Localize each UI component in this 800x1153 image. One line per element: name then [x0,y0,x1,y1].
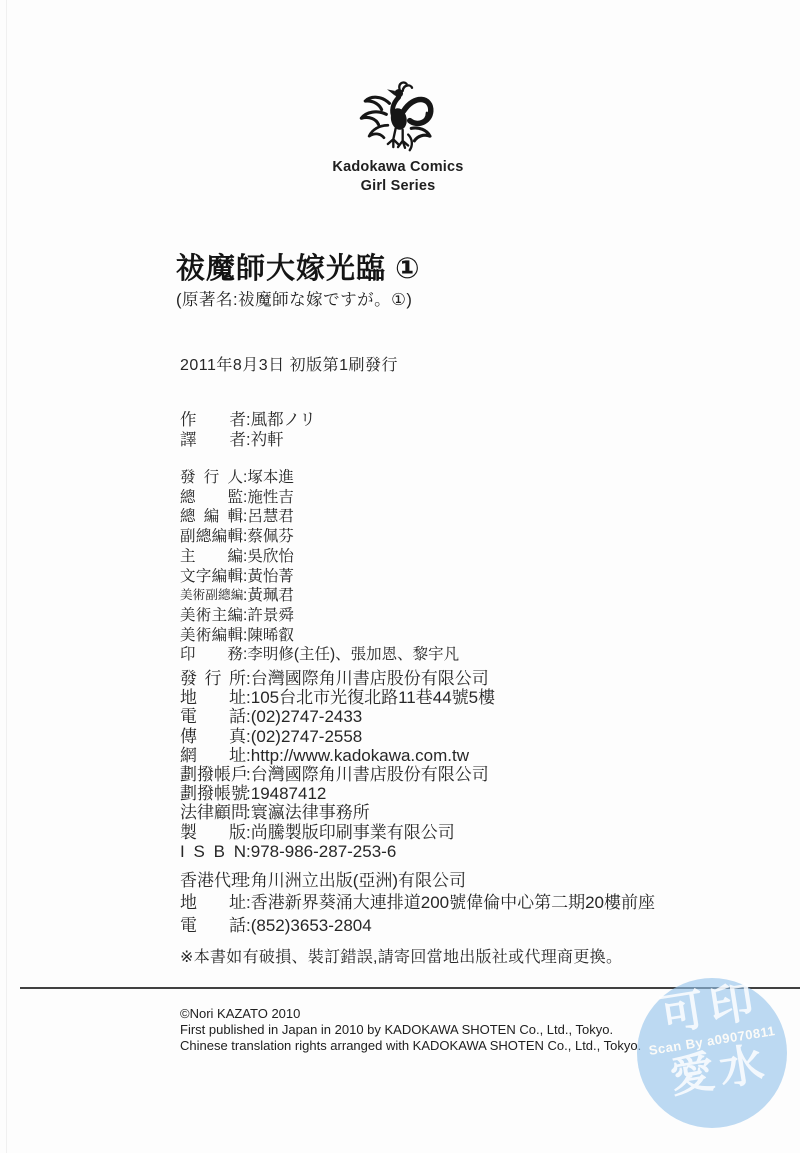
publisher-row: 法律顧問:寰瀛法律事務所 [180,803,495,822]
publisher-value: 105台北市光復北路11巷44號5樓 [251,688,495,707]
credit-role: 印 務 [180,645,243,665]
credit-role: 譯 者 [180,431,246,451]
publisher-row: 劃撥帳號:19487412 [180,784,495,803]
publisher-row: 地 址:105台北市光復北路11巷44號5樓 [180,688,495,707]
publisher-value: 寰瀛法律事務所 [251,803,370,822]
publisher-field: 發 行 所 [180,669,246,688]
publisher-value: (02)2747-2433 [251,707,363,726]
scan-edge-artifact [6,0,7,1153]
credit-row: 主 編:吳欣怡 [180,547,459,567]
publisher-value: 尚騰製版印刷事業有限公司 [251,823,455,842]
credit-name: 呂慧君 [247,508,294,525]
publisher-row: 製 版:尚騰製版印刷事業有限公司 [180,823,495,842]
colophon-page: Kadokawa ComicsGirl Series 祓魔師大嫁光臨 ① (原著… [0,0,800,1153]
credit-name: 風都ノリ [251,411,316,429]
hk-agent-value: (852)3653-2804 [251,916,372,935]
credit-name: 陳晞叡 [247,627,294,644]
hk-agent-row: 地 址:香港新界葵涌大連排道200號偉倫中心第二期20樓前座 [180,892,655,914]
publisher-row: 傳 真:(02)2747-2558 [180,727,495,746]
hk-agent-field: 香港代理 [180,870,246,892]
copyright-line: ©Nori KAZATO 2010 [180,1006,641,1022]
credit-role: 發 行 人 [180,468,243,488]
credit-row: 美術編輯:陳晞叡 [180,626,459,646]
publisher-value: 台灣國際角川書店股份有限公司 [251,669,489,688]
kadokawa-phoenix-icon [352,80,444,158]
credit-role: 文字編輯 [180,567,243,587]
credit-name: 許景舜 [247,607,294,624]
publisher-field: 電 話 [180,707,246,726]
credit-role: 美術主編 [180,606,243,626]
watermark-text: 可印 Scan By a09070811 愛水 [629,975,794,1106]
credit-name: 黃珮君 [247,587,294,604]
publisher-field: 傳 真 [180,727,246,746]
publisher-row: 劃撥帳戶:台灣國際角川書店股份有限公司 [180,765,495,784]
series-label: Kadokawa ComicsGirl Series [298,158,498,195]
credit-role: 副總編輯 [180,527,243,547]
copyright-line: Chinese translation rights arranged with… [180,1038,641,1054]
credit-name: 李明修(主任)、張加恩、黎宇凡 [247,646,459,663]
staff-block: 發 行 人:塚本進 總 監:施性吉 總 編 輯:呂慧君 副總編輯:蔡佩芬 主 編… [180,468,459,665]
credit-name: 蔡佩芬 [247,528,294,545]
credit-row: 文字編輯:黃怡菁 [180,567,459,587]
edition-date: 2011年8月3日 初版第1刷發行 [180,352,398,375]
book-title: 祓魔師大嫁光臨 ① [176,246,421,287]
publisher-field: 地 址 [180,688,246,707]
hk-agent-block: 香港代理:角川洲立出版(亞洲)有限公司 地 址:香港新界葵涌大連排道200號偉倫… [180,870,655,937]
credit-name: 吳欣怡 [247,548,294,565]
publisher-field: 製 版 [180,823,246,842]
credit-role: 美術編輯 [180,626,243,646]
publisher-value: http://www.kadokawa.com.tw [251,746,469,765]
publisher-row: 網 址:http://www.kadokawa.com.tw [180,746,495,765]
credit-row: 作 者:風都ノリ [180,411,316,431]
publisher-value: 978-986-287-253-6 [251,842,397,861]
hk-agent-value: 角川洲立出版(亞洲)有限公司 [251,871,466,890]
credit-name: 施性吉 [247,489,294,506]
credit-role: 主 編 [180,547,243,567]
series-label-line: Girl Series [298,177,498,196]
series-label-line: Kadokawa Comics [298,158,498,177]
credit-role: 總 監 [180,488,243,508]
credit-name: 礿軒 [251,431,284,449]
publisher-field: 網 址 [180,746,246,765]
credit-row: 副總編輯:蔡佩芬 [180,527,459,547]
credit-name: 黃怡菁 [247,568,294,585]
credit-row: 美術副總編:黃珮君 [180,586,459,606]
damage-notice: ※本書如有破損、裝訂錯誤,請寄回當地出版社或代理商更換。 [180,944,622,967]
credit-row: 總 編 輯:呂慧君 [180,507,459,527]
credit-role: 作 者 [180,411,246,431]
hk-agent-field: 電 話 [180,915,246,937]
hk-agent-row: 香港代理:角川洲立出版(亞洲)有限公司 [180,870,655,892]
original-title: (原著名:祓魔師な嫁ですが。①) [176,286,412,310]
copyright-line: First published in Japan in 2010 by KADO… [180,1022,641,1038]
publisher-field: 法律顧問 [180,803,246,822]
credit-row: 美術主編:許景舜 [180,606,459,626]
credit-name: 塚本進 [247,469,294,486]
publisher-row: 電 話:(02)2747-2433 [180,707,495,726]
publisher-field: I S B N [180,842,246,861]
credit-role: 美術副總編 [180,586,243,606]
publisher-value: 台灣國際角川書店股份有限公司 [251,765,489,784]
credit-role: 總 編 輯 [180,507,243,527]
hk-agent-row: 電 話:(852)3653-2804 [180,915,655,937]
hk-agent-field: 地 址 [180,892,246,914]
publisher-field: 劃撥帳號 [180,784,246,803]
watermark-circle: 可印 Scan By a09070811 愛水 [637,978,787,1128]
copyright-block: ©Nori KAZATO 2010First published in Japa… [180,1006,641,1053]
publisher-value: (02)2747-2558 [251,727,363,746]
credit-row: 印 務:李明修(主任)、張加恩、黎宇凡 [180,645,459,665]
credit-row: 譯 者:礿軒 [180,431,316,451]
credit-row: 總 監:施性吉 [180,488,459,508]
credit-row: 發 行 人:塚本進 [180,468,459,488]
publisher-block: 發 行 所:台灣國際角川書店股份有限公司 地 址:105台北市光復北路11巷44… [180,669,495,861]
author-block: 作 者:風都ノリ 譯 者:礿軒 [180,411,316,450]
publisher-value: 19487412 [251,784,327,803]
publisher-field: 劃撥帳戶 [180,765,246,784]
publisher-row: I S B N:978-986-287-253-6 [180,842,495,861]
publisher-row: 發 行 所:台灣國際角川書店股份有限公司 [180,669,495,688]
hk-agent-value: 香港新界葵涌大連排道200號偉倫中心第二期20樓前座 [251,893,655,912]
